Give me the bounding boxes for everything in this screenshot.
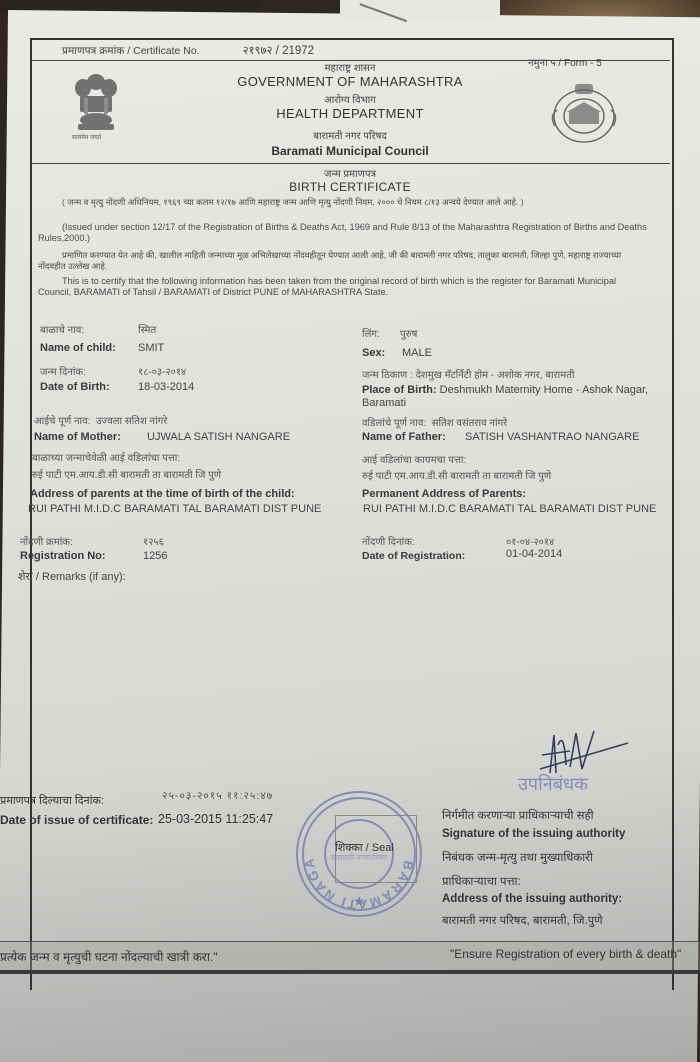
address-at-birth-marathi: रुई पाटी एम.आय.डी.सी बारामती ता बारामती … [32,467,221,481]
address-at-birth-label: Address of parents at the time of birth … [30,488,295,500]
remarks-label: शेरा / Remarks (if any): [18,569,126,584]
seal-label: शिक्का / Seal [335,840,394,855]
emblem-caption: सत्यमेव जयते [72,133,101,141]
child-name-value: SMIT [138,342,164,354]
footer-slogan-english: "Ensure Registration of every birth & de… [450,947,681,961]
sex-label: Sex: [362,347,385,359]
mother-name-label-marathi: आईचे पूर्ण नाव: उज्वला सतिश नांगरे [34,413,167,427]
dob-marathi: १८-०३-२०१४ [138,364,186,378]
father-name-value: SATISH VASHANTRAO NANGARE [465,431,639,443]
authority-address-label-marathi: प्राधिकाऱ्याचा पत्ता: [442,874,521,889]
registration-date-label-marathi: नोंदणी दिनांक: [362,534,415,548]
place-of-birth: Place of Birth: Deshmukh Maternity Home … [362,384,662,410]
registration-number-label-marathi: नोंदणी क्रमांक: [20,534,73,548]
registrar-title-marathi: निबंधक जन्म-मृत्यु तथा मुख्याधिकारी [442,850,593,865]
svg-text:★: ★ [353,893,366,909]
issued-under-marathi: ( जन्म व मृत्यु नोंदणी अधिनियम, १९६९ च्य… [38,197,648,208]
authority-signature-label-marathi: निर्गमीत करणाऱ्या प्राधिकाऱ्याची सही [442,808,594,823]
authority-signature-label: Signature of the issuing authority [442,828,625,840]
state-name: GOVERNMENT OF MAHARASHTRA [150,74,550,89]
council-logo-icon [545,82,623,146]
issue-date-label-marathi: प्रमाणपत्र दिल्याचा दिनांक: [0,793,104,808]
folded-paper-edge [340,0,500,20]
issue-date-value: 25-03-2015 11:25:47 [158,812,273,826]
council-name: Baramati Municipal Council [150,144,550,158]
child-name-label: Name of child: [40,342,116,354]
issued-under-english: (Issued under section 12/17 of the Regis… [38,222,648,244]
permanent-address-label: Permanent Address of Parents: [362,488,526,500]
permanent-address-marathi: रुई पाटी एम.आय.डी.सी बारामती ता बारामती … [362,468,551,482]
place-of-birth-marathi: जन्म ठिकाण : देशमुख मॅटर्निटी होम - अशोक… [362,367,575,381]
father-name-label-marathi: वडिलांचे पूर्ण नाव: सतिश वसंतराव नांगरे [362,415,507,429]
dob-label-marathi: जन्म दिनांक: [40,364,86,378]
issue-date-marathi: २५-०३-२०१५ ११:२५:४७ [162,789,273,803]
department-name-marathi: आरोग्य विभाग [150,92,550,106]
certificate-number-label: प्रमाणपत्र क्रमांक / Certificate No. [62,45,200,57]
authority-address-label: Address of the issuing authority: [442,893,622,905]
registration-date-label: Date of Registration: [362,550,465,562]
department-name: HEALTH DEPARTMENT [150,106,550,121]
national-emblem-icon [68,68,124,138]
footer-slogan-marathi: प्रत्येक जन्म व मृत्युची घटना नोंदल्याची… [0,948,218,965]
address-at-birth-value: RUI PATHI M.I.D.C BARAMATI TAL BARAMATI … [28,503,328,515]
dob-label: Date of Birth: [40,381,110,393]
child-name-label-marathi: बाळाचे नाव: [40,322,84,336]
father-name-label: Name of Father: [362,431,446,443]
place-of-birth-label: Place of Birth: [362,384,437,396]
authority-address-marathi: बारामती नगर परिषद, बारामती, जि.पुणे [442,913,603,928]
sex-value: MALE [402,347,432,359]
permanent-address-label-marathi: आई वडिलांचा कायमचा पत्ता: [362,452,466,466]
registration-date-value: 01-04-2014 [506,548,562,560]
state-name-marathi: महाराष्ट्र शासन [150,60,550,74]
sex-marathi: पुरुष [400,326,417,340]
registration-number-marathi: १२५६ [143,534,164,548]
dob-value: 18-03-2014 [138,381,194,393]
council-name-marathi: बारामती नगर परिषद [150,128,550,142]
registration-number-value: 1256 [143,550,167,562]
registration-number-label: Registration No: [20,550,106,562]
sex-label-marathi: लिंग: [362,326,380,340]
registration-date-marathi: ०१-०४-२०१४ [506,534,554,548]
address-at-birth-label-marathi: बाळाच्या जन्माचेवेळी आई वडिलांचा पत्ता: [32,450,180,464]
sub-registrar-stamp: उपनिबंधक [518,772,588,796]
permanent-address-value: RUI PATHI M.I.D.C BARAMATI TAL BARAMATI … [363,503,683,515]
child-name-marathi: स्मित [138,322,156,336]
mother-name-value: UJWALA SATISH NANGARE [147,431,290,443]
certify-statement-marathi: प्रमाणित करण्यात येत आहे की, खालील माहित… [38,250,648,272]
certify-statement-english: This is to certify that the following in… [38,276,648,298]
header-divider [30,163,670,164]
issue-date-label: Date of issue of certificate: [0,813,153,827]
certificate-number-value: २१९७२ / 21972 [243,45,314,57]
certificate-title: BIRTH CERTIFICATE [150,180,550,194]
certificate-title-marathi: जन्म प्रमाणपत्र [150,166,550,180]
mother-name-label: Name of Mother: [34,431,121,443]
certificate-number: प्रमाणपत्र क्रमांक / Certificate No. २१९… [62,43,314,58]
